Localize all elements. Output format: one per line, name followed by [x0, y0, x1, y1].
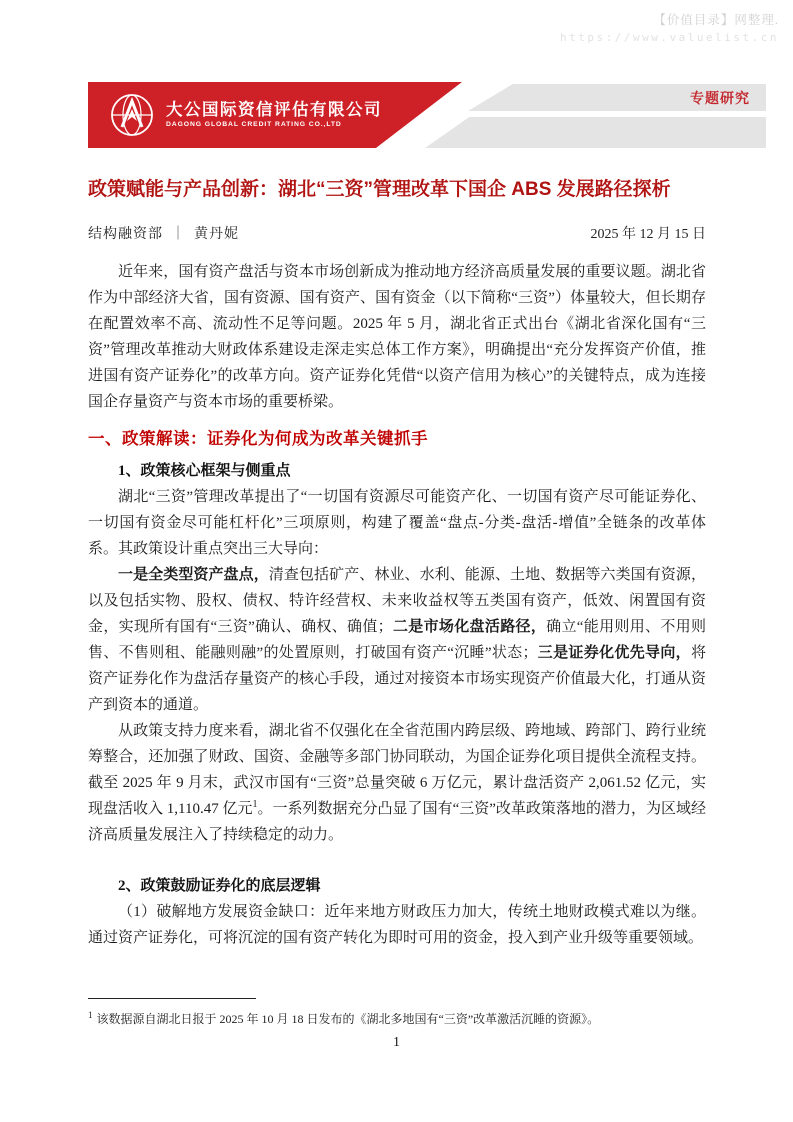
footnote-text: 1该数据源自湖北日报于 2025 年 10 月 18 日发布的《湖北多地国有“三… [88, 1006, 706, 1028]
footnote-area: 1该数据源自湖北日报于 2025 年 10 月 18 日发布的《湖北多地国有“三… [88, 998, 706, 1028]
three-orientations-paragraph: 一是全类型资产盘点，清查包括矿产、林业、水利、能源、土地、数据等六类国有资源，以… [88, 562, 706, 718]
subsection-1-1-heading: 1、政策核心框架与侧重点 [88, 459, 706, 480]
byline-author: 结构融资部｜黄丹妮 [88, 223, 239, 243]
report-type-band: 专题研究 [468, 84, 766, 111]
watermark-source: 【价值目录】网整理. [560, 12, 779, 29]
watermark: 【价值目录】网整理. https://www.valuelist.cn [560, 12, 779, 46]
company-name-cn: 大公国际资信评估有限公司 [166, 100, 382, 120]
company-name-en: DAGONG GLOBAL CREDIT RATING CO.,LTD [166, 120, 382, 130]
report-title: 政策赋能与产品创新：湖北“三资”管理改革下国企 ABS 发展路径探析 [88, 176, 706, 203]
policy-support-paragraph: 从政策支持力度来看，湖北省不仅强化在全省范围内跨层级、跨地域、跨部门、跨行业统筹… [88, 718, 706, 848]
report-type-badge: 专题研究 [690, 88, 766, 108]
decorative-gray-band [425, 117, 766, 148]
section-1-heading: 一、政策解读：证券化为何成为改革关键抓手 [88, 425, 706, 449]
footnote-body: 该数据源自湖北日报于 2025 年 10 月 18 日发布的《湖北多地国有“三资… [97, 1012, 600, 1026]
article-body: 近年来，国有资产盘活与资本市场创新成为推动地方经济高质量发展的重要议题。湖北省作… [88, 259, 706, 951]
company-banner: 大公国际资信评估有限公司 DAGONG GLOBAL CREDIT RATING… [88, 82, 462, 148]
watermark-url: https://www.valuelist.cn [560, 29, 779, 46]
dagong-globe-logo-icon [108, 91, 156, 139]
byline-separator: ｜ [171, 227, 186, 242]
policy-framework-paragraph: 湖北“三资”管理改革提出了“一切国有资源尽可能资产化、一切国有资产尽可能证券化、… [88, 484, 706, 562]
department-label: 结构融资部 [88, 227, 163, 242]
content-column: 政策赋能与产品创新：湖北“三资”管理改革下国企 ABS 发展路径探析 结构融资部… [88, 176, 706, 951]
funding-gap-paragraph: （1）破解地方发展资金缺口：近年来地方财政压力加大，传统土地财政模式难以为继。通… [88, 899, 706, 951]
byline-row: 结构融资部｜黄丹妮 2025 年 12 月 15 日 [88, 223, 706, 243]
company-name: 大公国际资信评估有限公司 DAGONG GLOBAL CREDIT RATING… [166, 100, 382, 130]
page-number: 1 [0, 1034, 793, 1050]
report-page: 【价值目录】网整理. https://www.valuelist.cn 大公国际… [0, 0, 793, 1122]
report-date: 2025 年 12 月 15 日 [591, 223, 707, 243]
intro-paragraph: 近年来，国有资产盘活与资本市场创新成为推动地方经济高质量发展的重要议题。湖北省作… [88, 259, 706, 415]
footnote-divider [88, 998, 256, 999]
author-name: 黄丹妮 [194, 227, 239, 242]
subsection-1-2-heading: 2、政策鼓励证券化的底层逻辑 [88, 874, 706, 895]
footnote-marker: 1 [88, 1010, 93, 1020]
